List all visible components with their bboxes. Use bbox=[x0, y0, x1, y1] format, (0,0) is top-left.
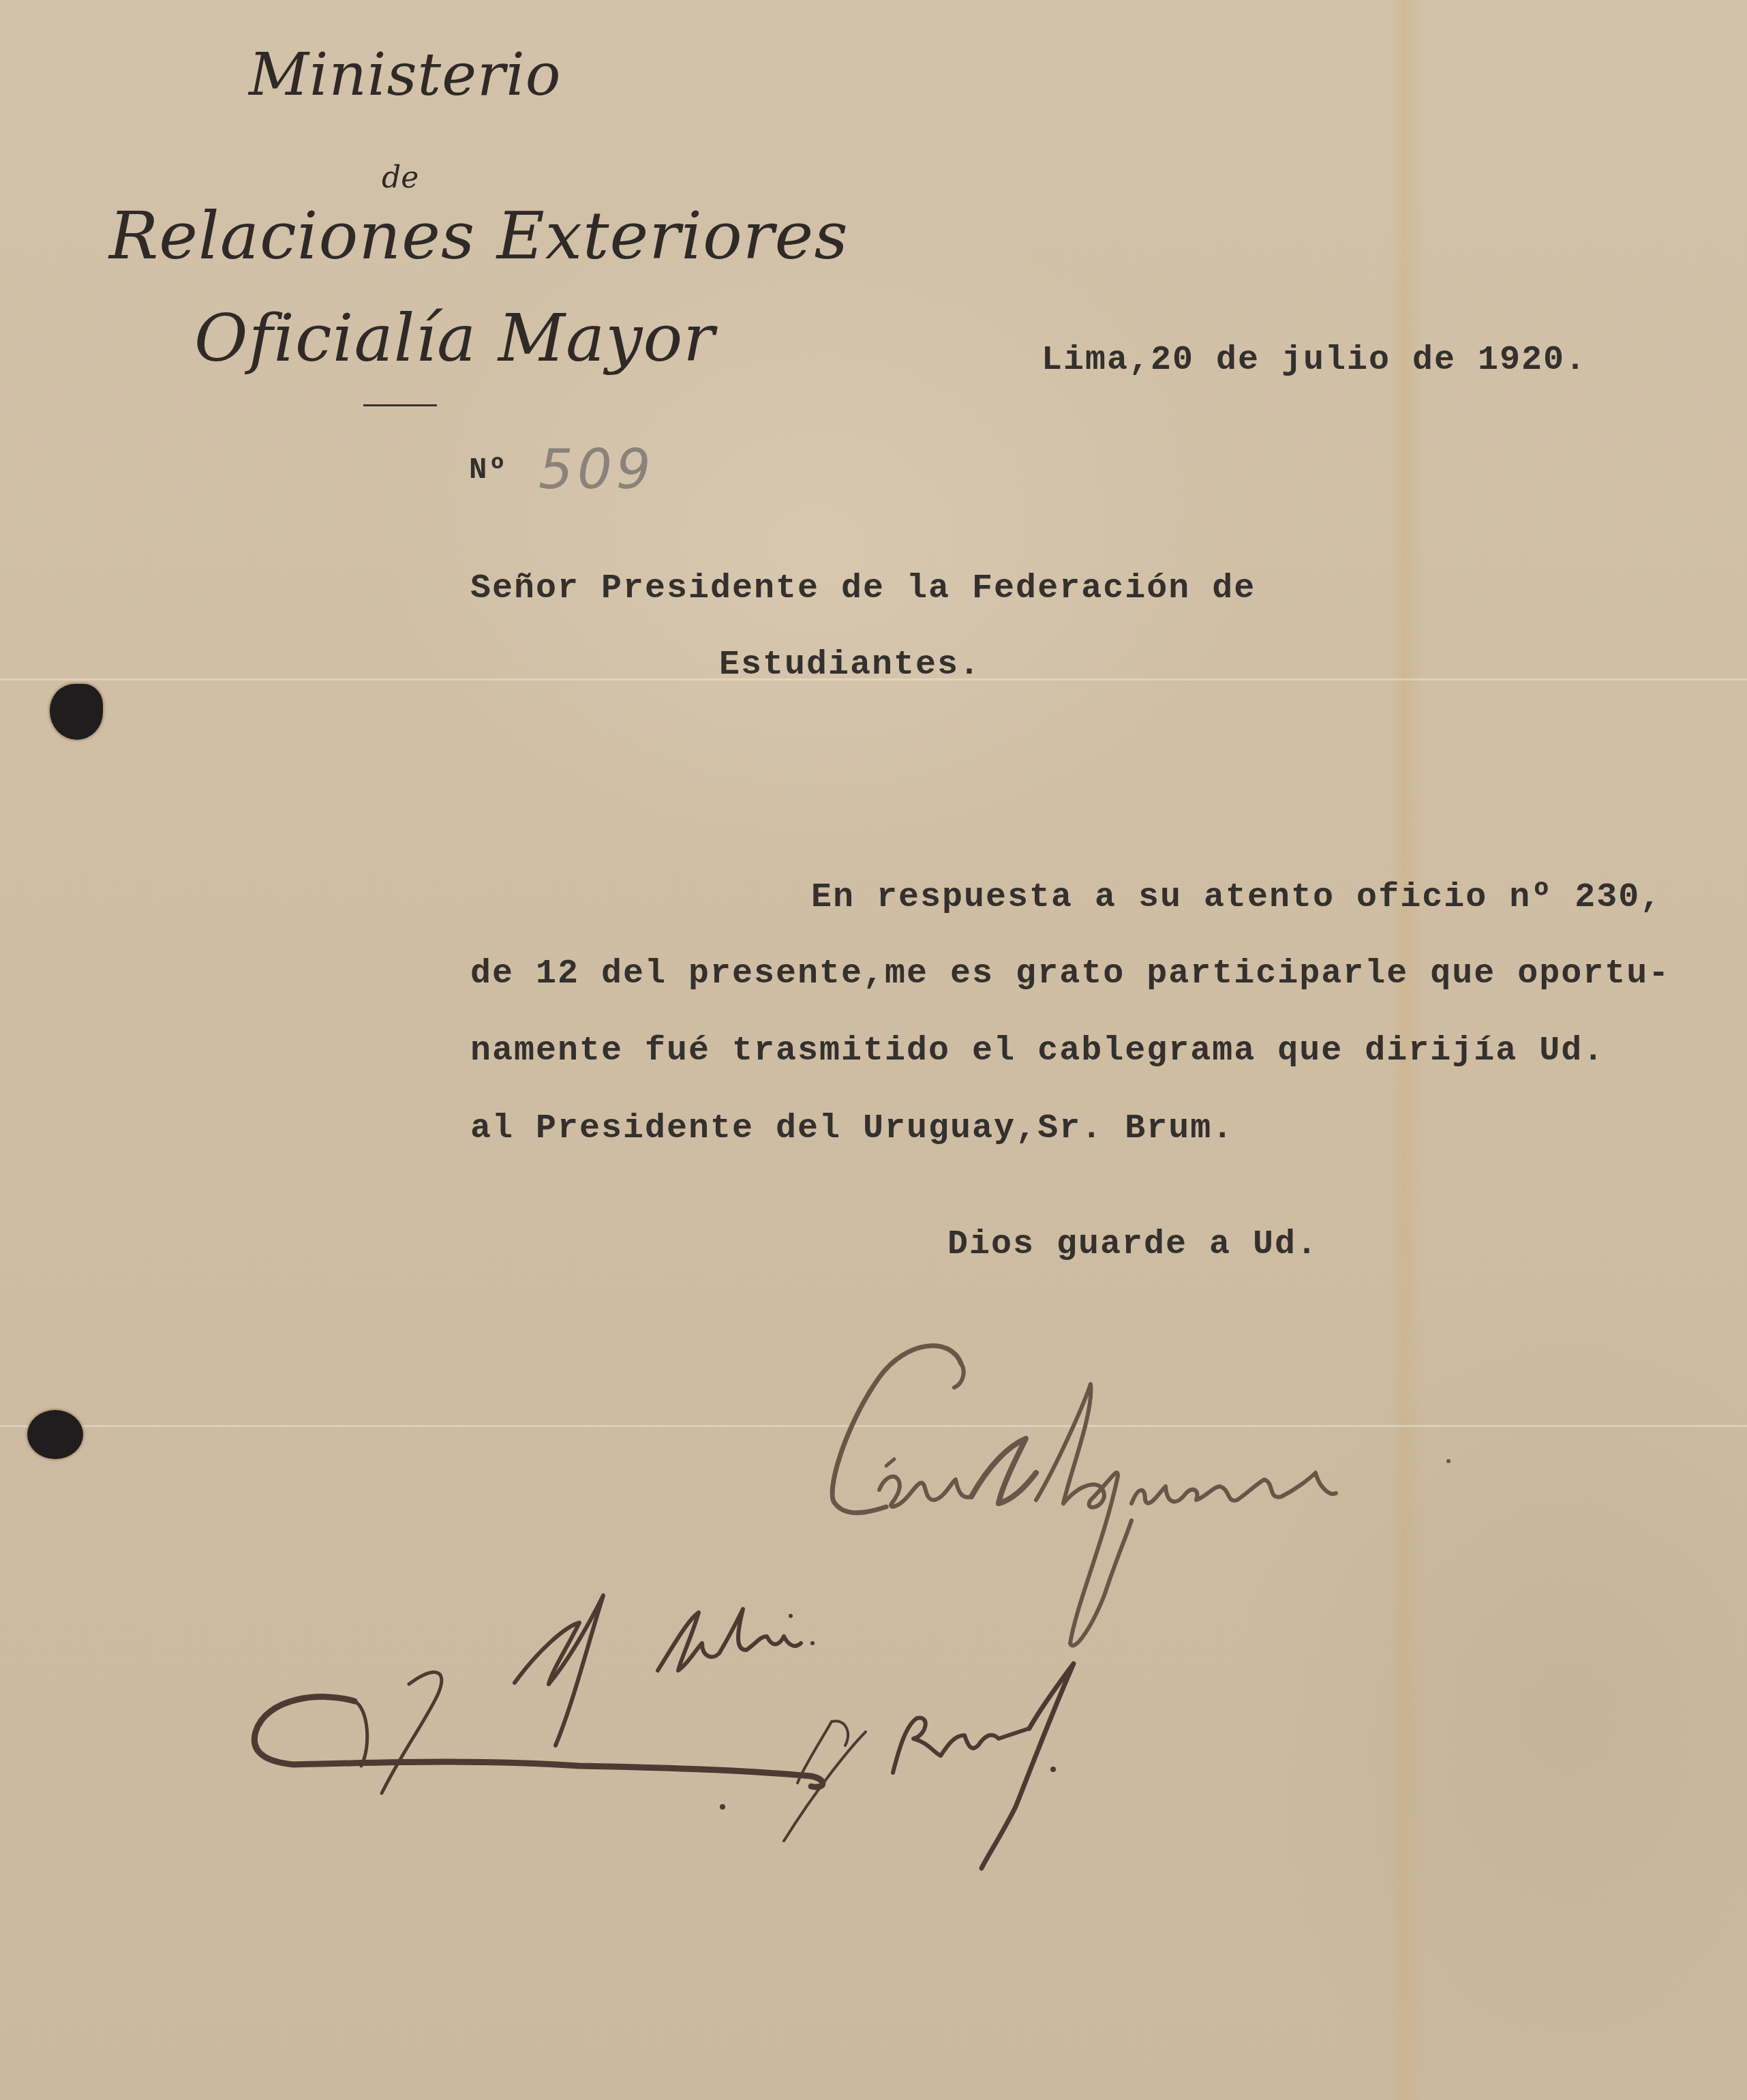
signature-cesar-alguera bbox=[832, 1346, 1450, 1646]
body-line: de 12 del presente,me es grato participa… bbox=[470, 955, 1670, 993]
body-line: En respuesta a su atento oficio nº 230, bbox=[811, 878, 1662, 917]
reference-number-handwritten: 509 bbox=[538, 438, 655, 501]
letterhead-oficialia-mayor: Oficialía Mayor bbox=[194, 300, 715, 376]
letterhead-relaciones-exteriores: Relaciones Exteriores bbox=[109, 198, 849, 274]
addressee-line-1: Señor Presidente de la Federación de bbox=[470, 569, 1256, 608]
letterhead-de: de bbox=[382, 160, 419, 195]
reference-label: Nº bbox=[469, 453, 508, 487]
closing-line: Dios guarde a Ud. bbox=[947, 1225, 1318, 1264]
letterhead-ministerio: Ministerio bbox=[249, 41, 561, 109]
letterhead-rule bbox=[363, 404, 437, 406]
letter-page: Ministerio de Relaciones Exteriores Ofic… bbox=[0, 0, 1747, 2100]
body-line: namente fué trasmitido el cablegrama que… bbox=[470, 1032, 1605, 1070]
annotation-al-archivo bbox=[515, 1595, 815, 1745]
punch-hole bbox=[27, 1410, 83, 1459]
punch-hole bbox=[50, 684, 103, 740]
date-line: Lima,20 de julio de 1920. bbox=[1042, 341, 1587, 380]
annotation-initials-rosay bbox=[254, 1664, 1074, 1868]
addressee-line-2: Estudiantes. bbox=[719, 646, 981, 685]
annotation-initials-text: Rosay bbox=[0, 0, 2, 1]
paper-fold-line bbox=[0, 1425, 1747, 1427]
body-line: al Presidente del Uruguay,Sr. Brum. bbox=[470, 1109, 1234, 1148]
